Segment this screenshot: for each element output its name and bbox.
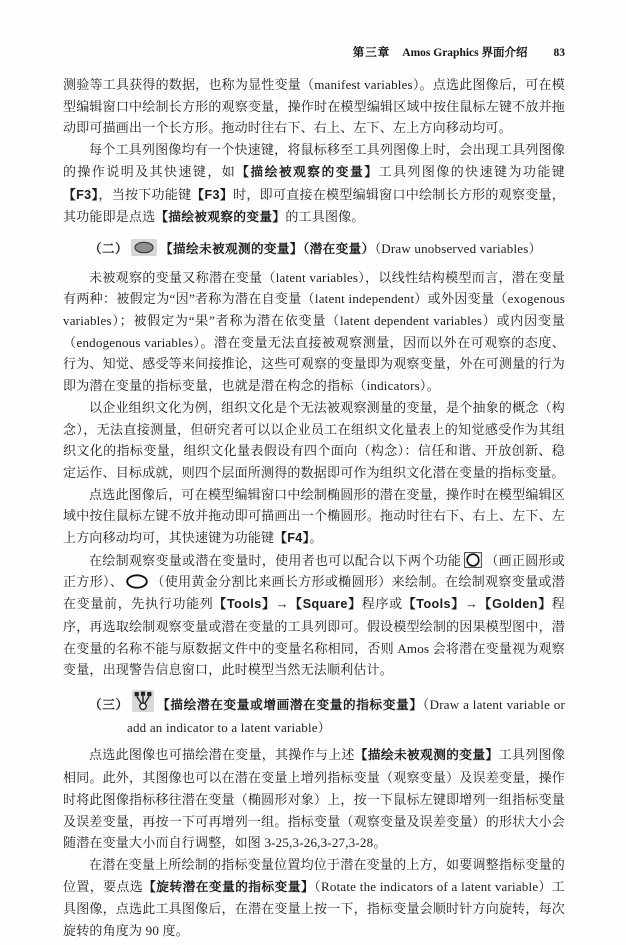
text-run: 程序或 [362, 596, 403, 611]
text-run: 工具列图像的快速键为功能键 [379, 164, 565, 179]
text-run: 【Tools】 [403, 597, 465, 611]
text-run: 【Square】 [289, 597, 362, 611]
text-run: 【F4】 [274, 531, 309, 545]
paragraph-latent-variables: 未被观察的变量又称潜在变量（latent variables），以线性结构模型而… [63, 267, 565, 397]
text-run: → [465, 596, 478, 611]
indicator-tool-icon [132, 690, 154, 712]
chapter-label: 第三章 [353, 44, 391, 60]
paragraph-organizational-culture-example: 以企业组织文化为例，组织文化是个无法被观察测量的变量，是个抽象的概念（构念），无… [63, 397, 565, 484]
paragraph-square-golden-tools: 在绘制观察变量或潜在变量时，使用者也可以配合以下两个功能（画正圆形或正方形）、（… [63, 550, 565, 681]
paragraph-rotate-indicators: 在潜在变量上所绘制的指标变量位置均位于潜在变量的上方，如要调整指标变量的位置，要… [63, 854, 565, 942]
page-body: 测验等工具获得的数据，也称为显性变量（manifest variables）。点… [63, 74, 565, 942]
text-run: 【F3】 [191, 188, 233, 202]
text-run: 【Golden】 [478, 597, 552, 611]
page-title: Amos Graphics 界面介绍 [402, 44, 527, 60]
ellipse-tool-icon [131, 239, 157, 256]
paragraph-manifest-variables: 测验等工具获得的数据，也称为显性变量（manifest variables）。点… [63, 74, 565, 139]
text-run: 【描绘未被观测的变量】 [355, 748, 499, 762]
text-run: （Draw unobserved variables） [375, 241, 542, 256]
text-run: 【描绘潜在变量或增画潜在变量的指标变量】 [157, 698, 423, 712]
heading-draw-latent-or-indicator: （三）【描绘潜在变量或增画潜在变量的指标变量】（Draw a latent va… [63, 690, 565, 738]
circle-square-tool-icon [464, 552, 482, 568]
running-header: 第三章 Amos Graphics 界面介绍 83 [63, 44, 565, 60]
page-number: 83 [554, 47, 566, 59]
text-run: 工具列图像相同。此外，其图像也可以在潜在变量上增列指标变量（观察变量）及误差变量… [63, 747, 565, 850]
paragraph-draw-ellipse: 点选此图像后，可在模型编辑窗口中绘制椭圆形的潜在变量，操作时在模型编辑区域中按住… [63, 484, 565, 550]
text-run: 【描绘被观察的变量】 [155, 210, 285, 224]
text-run: 以企业组织文化为例，组织文化是个无法被观察测量的变量，是个抽象的概念（构念），无… [63, 400, 565, 480]
text-run: 的工具图像。 [285, 209, 364, 224]
paragraph-add-indicators: 点选此图像也可描绘潜在变量，其操作与上述【描绘未被观测的变量】工具列图像相同。此… [63, 744, 565, 854]
text-run: ，当按下功能键 [98, 187, 191, 202]
text-run: 点选此图像也可描绘潜在变量，其操作与上述 [89, 747, 355, 762]
text-run: （二） [89, 242, 128, 256]
paragraph-shortcut-keys: 每个工具列图像均有一个快速键，将鼠标移至工具列图像上时，会出现工具列图像的操作说… [63, 139, 565, 229]
text-run: 【F3】 [63, 188, 98, 202]
book-page: 第三章 Amos Graphics 界面介绍 83 测验等工具获得的数据，也称为… [0, 0, 626, 945]
text-run: （三） [89, 698, 129, 712]
text-run: → [276, 596, 289, 611]
golden-ellipse-tool-icon [126, 574, 148, 589]
text-run: 未被观察的变量又称潜在变量（latent variables），以线性结构模型而… [63, 270, 565, 394]
text-run: 。 [309, 530, 322, 545]
text-run: 【旋转潜在变量的指标变量】 [143, 880, 314, 894]
text-run: 【描绘被观察的变量】 [236, 165, 378, 179]
text-run: 【描绘未被观测的变量】（潜在变量） [160, 242, 375, 256]
text-run: 【Tools】 [213, 597, 275, 611]
heading-draw-unobserved-variables: （二）【描绘未被观测的变量】（潜在变量）（Draw unobserved var… [63, 238, 565, 261]
text-run: 在绘制观察变量或潜在变量时，使用者也可以配合以下两个功能 [89, 553, 461, 568]
text-run: 测验等工具获得的数据，也称为显性变量（manifest variables）。点… [63, 77, 565, 135]
